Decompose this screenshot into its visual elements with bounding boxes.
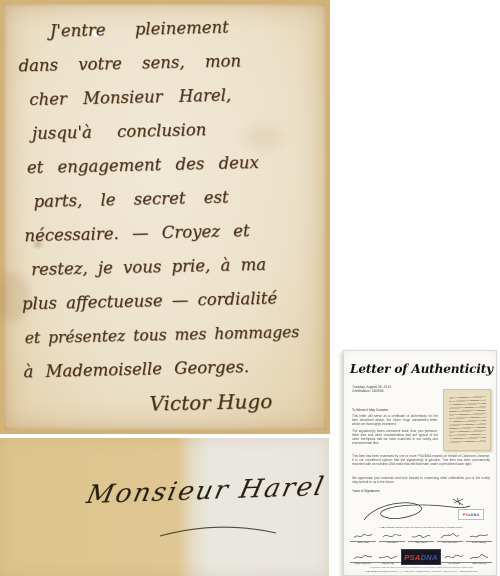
authenticator-name: Jim Stinson [441,562,466,566]
authenticator-slot: John Reznikoff [437,532,463,544]
certificate-fine-print: The opinions rendered above are based up… [351,567,491,569]
authenticator-slot: Wayne Bray [375,553,400,565]
authenticator-slot: Jim Stinson [441,553,466,565]
authenticator-name: Wayne Bray [375,562,400,566]
certificate-paragraph: This item has been examined by one or mo… [352,454,490,466]
authenticator-name: John Reznikoff [437,541,463,545]
authenticator-signature-row: Steve Grad Bob Eaton Zach Rullo John Rez… [350,532,492,544]
signature-squiggle [469,532,489,540]
handwritten-letter: J'entre pleinement dans votre sens, mon … [0,0,330,434]
certificate-paragraph: We appreciate your business and look for… [352,476,490,484]
authenticator-name: Zach Rullo [408,541,434,545]
certificate-salutation: To Whom It May Concern: [352,408,438,412]
address-handwriting: Monsieur Harel [84,472,328,510]
letter-of-authenticity: Letter of Authenticity Tuesday, August 0… [343,350,497,576]
signature-squiggle [440,532,460,540]
signature-squiggle [353,553,373,561]
letter-line: et présentez tous mes hommages [24,315,323,356]
authenticator-slot: Steve Grad [350,532,376,544]
authenticator-slot: Dave Bushing [467,553,492,565]
authenticator-name: Roger Epperson [350,562,375,566]
certificate-meta: Tuesday, August 06, 2013 Certification: … [352,385,391,394]
authenticator-slot: Kevin Keating [466,532,492,544]
auction-photo-composite: J'entre pleinement dans votre sens, mon … [0,0,500,576]
signature-squiggle [469,553,489,561]
address-panel: Monsieur Harel [0,438,329,576]
certificate-title: Letter of Authenticity [350,361,490,376]
signature-squiggle [411,532,431,540]
authenticator-name: Bob Eaton [379,541,405,545]
certificate-paragraph: This letter will serve as a certificate … [352,414,438,426]
signature-squiggle [444,553,464,561]
authenticator-slot: Roger Epperson [350,553,375,565]
authenticator-name: Steve Grad [350,541,376,545]
authenticator-name: Dave Bushing [467,562,492,566]
signature-squiggle [378,553,398,561]
authenticator-signature-row: Roger Epperson Wayne Bray PSADNA Jim Sti… [350,549,492,565]
authenticator-slot: Zach Rullo [408,532,434,544]
certificate-closing: Yours in Signatures, [352,489,432,493]
psa-dna-mini-logo: PSADNA [458,509,484,520]
victor-hugo-signature: Victor Hugo [22,383,325,424]
authenticator-name: Kevin Keating [466,541,492,545]
thumbnail-handwriting-lines [449,395,486,444]
signature-squiggle [353,532,373,540]
letter-thumbnail [443,389,491,451]
underline-flourish [158,524,278,540]
authorized-signatures-caption: PSA/DNA AUTHENTICATION SERVICES AUTHORIZ… [352,527,490,529]
certificate-number: Certification: 1B0905 [352,389,391,393]
letter-handwriting: J'entre pleinement dans votre sens, mon … [13,9,324,424]
certificate-fine-print: PSA/DNA Authentication Services · P.O. B… [351,571,491,573]
certificate-paragraph: The signature(s) bears consistent slant,… [352,429,438,445]
authenticator-slot: Bob Eaton [379,532,405,544]
signature-squiggle [382,532,402,540]
psa-dna-logo: PSADNA [401,549,442,565]
